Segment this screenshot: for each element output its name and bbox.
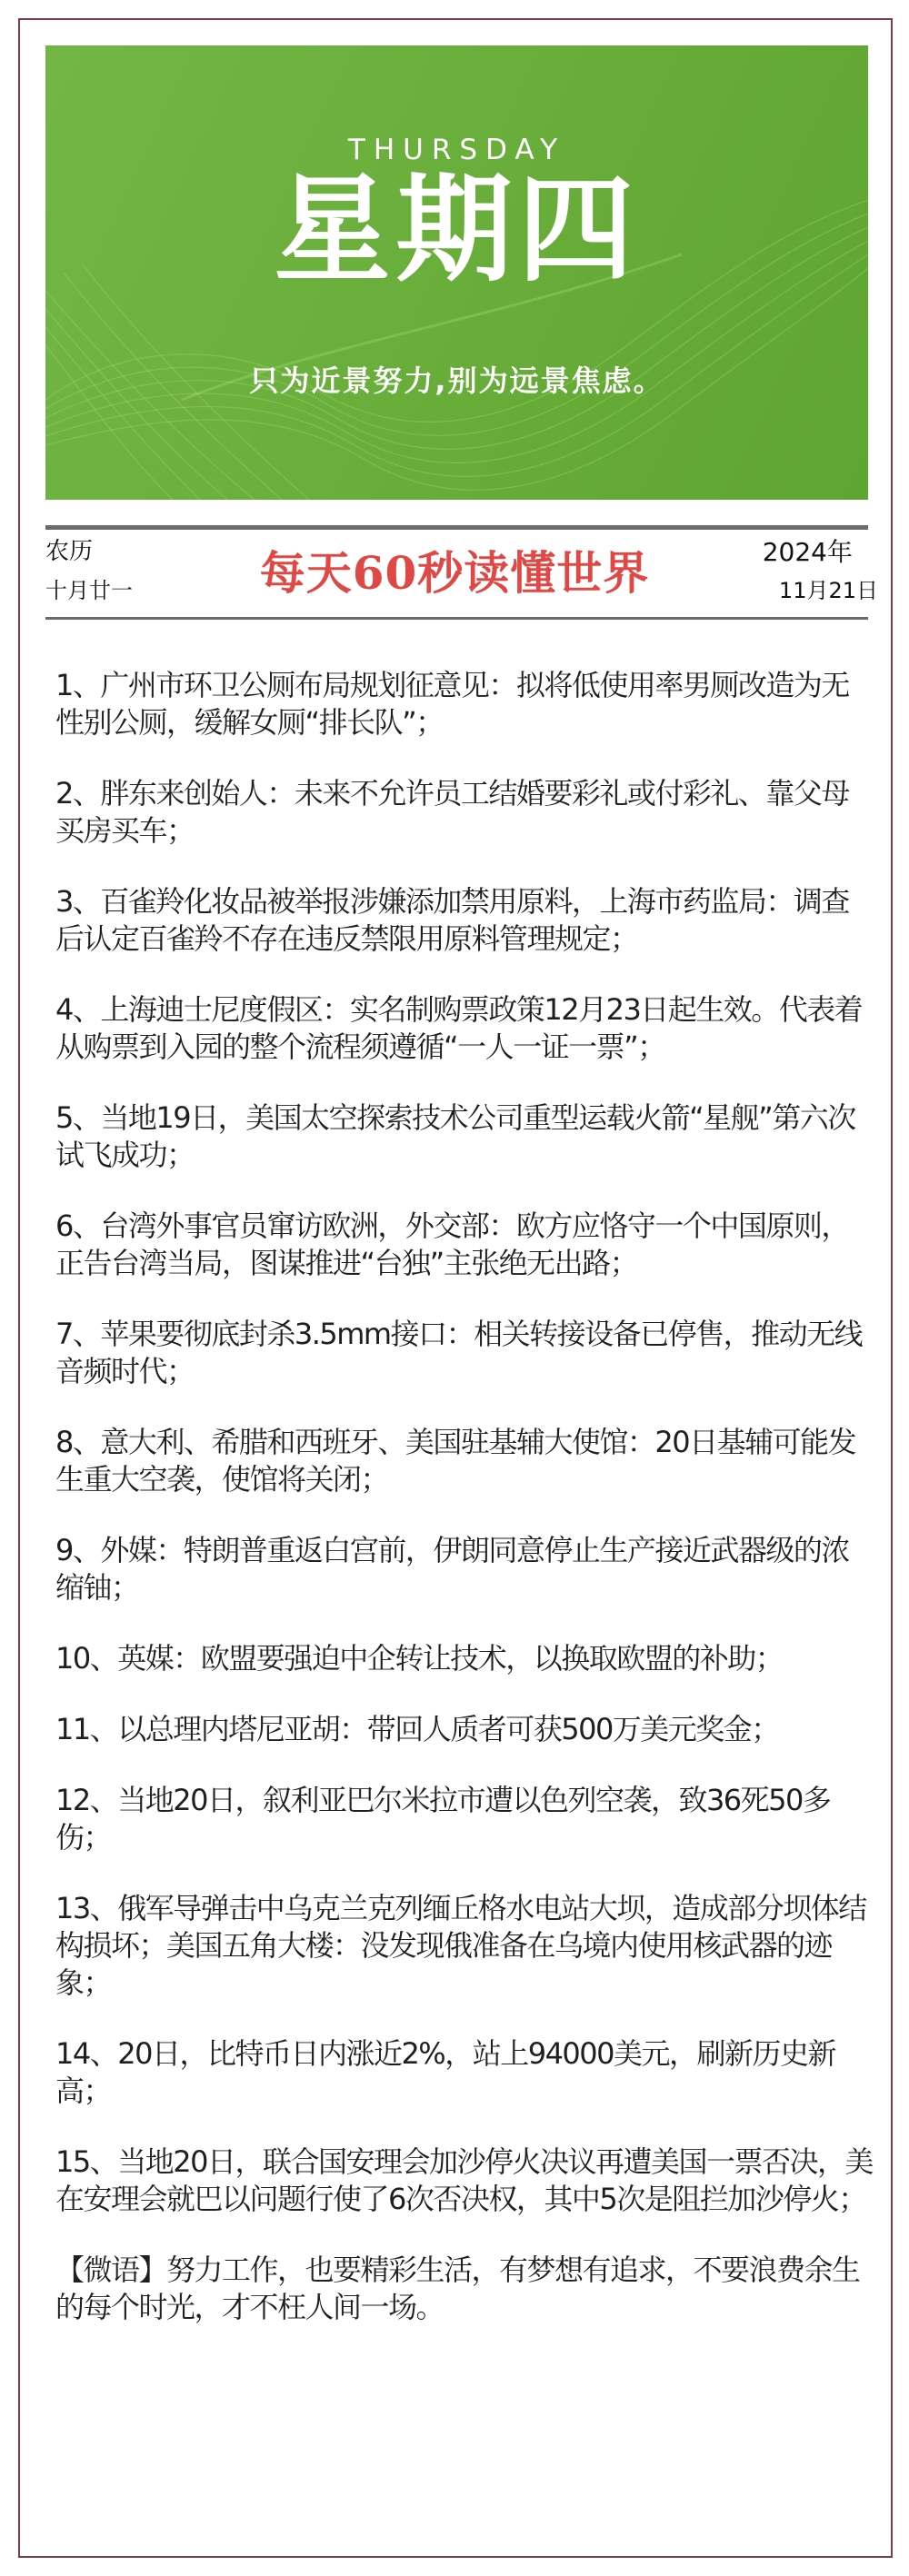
news-item: 15、当地20日，联合国安理会加沙停火决议再遭美国一票否决，美在安理会就巴以问题… [55, 2143, 874, 2218]
slogan: 只为近景努力,别为远景焦虑。 [45, 358, 868, 400]
hero-banner: THURSDAY 星期四 只为近景努力,别为远景焦虑。 [45, 45, 868, 500]
news-item: 1、广州市环卫公厕布局规划征意见：拟将低使用率男厕改造为无性别公厕，缓解女厕“排… [55, 667, 874, 741]
news-item: 6、台湾外事官员窜访欧洲，外交部：欧方应恪守一个中国原则，正告台湾当局，图谋推进… [55, 1208, 874, 1282]
page-title: 每天60秒读懂世界 [227, 542, 682, 605]
news-item: 12、当地20日，叙利亚巴尔米拉市遭以色列空袭，致36死50多伤； [55, 1782, 874, 1856]
news-item: 11、以总理内塔尼亚胡：带回人质者可获500万美元奖金； [55, 1711, 874, 1748]
lunar-date: 十月廿一 [45, 572, 133, 604]
news-item: 5、当地19日，美国太空探索技术公司重型运载火箭“星舰”第六次试飞成功； [55, 1099, 874, 1174]
news-item: 7、苹果要彻底封杀3.5mm接口：相关转接设备已停售，推动无线音频时代； [55, 1316, 874, 1390]
news-item: 13、俄军导弹击中乌克兰克列缅丘格水电站大坝，造成部分坝体结构损坏；美国五角大楼… [55, 1890, 874, 2002]
news-item: 4、上海迪士尼度假区：实名制购票政策12月23日起生效。代表着从购票到入园的整个… [55, 991, 874, 1066]
news-item: 3、百雀羚化妆品被举报涉嫌添加禁用原料，上海市药监局：调查后认定百雀羚不存在违反… [55, 883, 874, 958]
header-bottom-rule [45, 617, 868, 620]
weekday-chinese: 星期四 [45, 162, 868, 298]
news-list: 1、广州市环卫公厕布局规划征意见：拟将低使用率男厕改造为无性别公厕，缓解女厕“排… [55, 667, 874, 2360]
news-item: 9、外媒：特朗普重返白宫前，伊朗同意停止生产接近武器级的浓缩铀； [55, 1532, 874, 1606]
year: 2024年 [763, 532, 853, 569]
news-item: 10、英媒：欧盟要强迫中企转让技术，以换取欧盟的补助； [55, 1640, 874, 1677]
lunar-calendar-label: 农历 [45, 532, 93, 566]
daily-quote: 【微语】努力工作，也要精彩生活，有梦想有追求，不要浪费余生的每个时光，才不枉人间… [55, 2252, 874, 2326]
month-day: 11月21日 [779, 572, 878, 604]
news-item: 8、意大利、希腊和西班牙、美国驻基辅大使馆：20日基辅可能发生重大空袭，使馆将关… [55, 1424, 874, 1498]
news-item: 14、20日，比特币日内涨近2%，站上94000美元，刷新历史新高； [55, 2035, 874, 2110]
news-item: 2、胖东来创始人：未来不允许员工结婚要彩礼或付彩礼、靠父母买房买车； [55, 775, 874, 850]
header-top-rule [45, 525, 868, 530]
